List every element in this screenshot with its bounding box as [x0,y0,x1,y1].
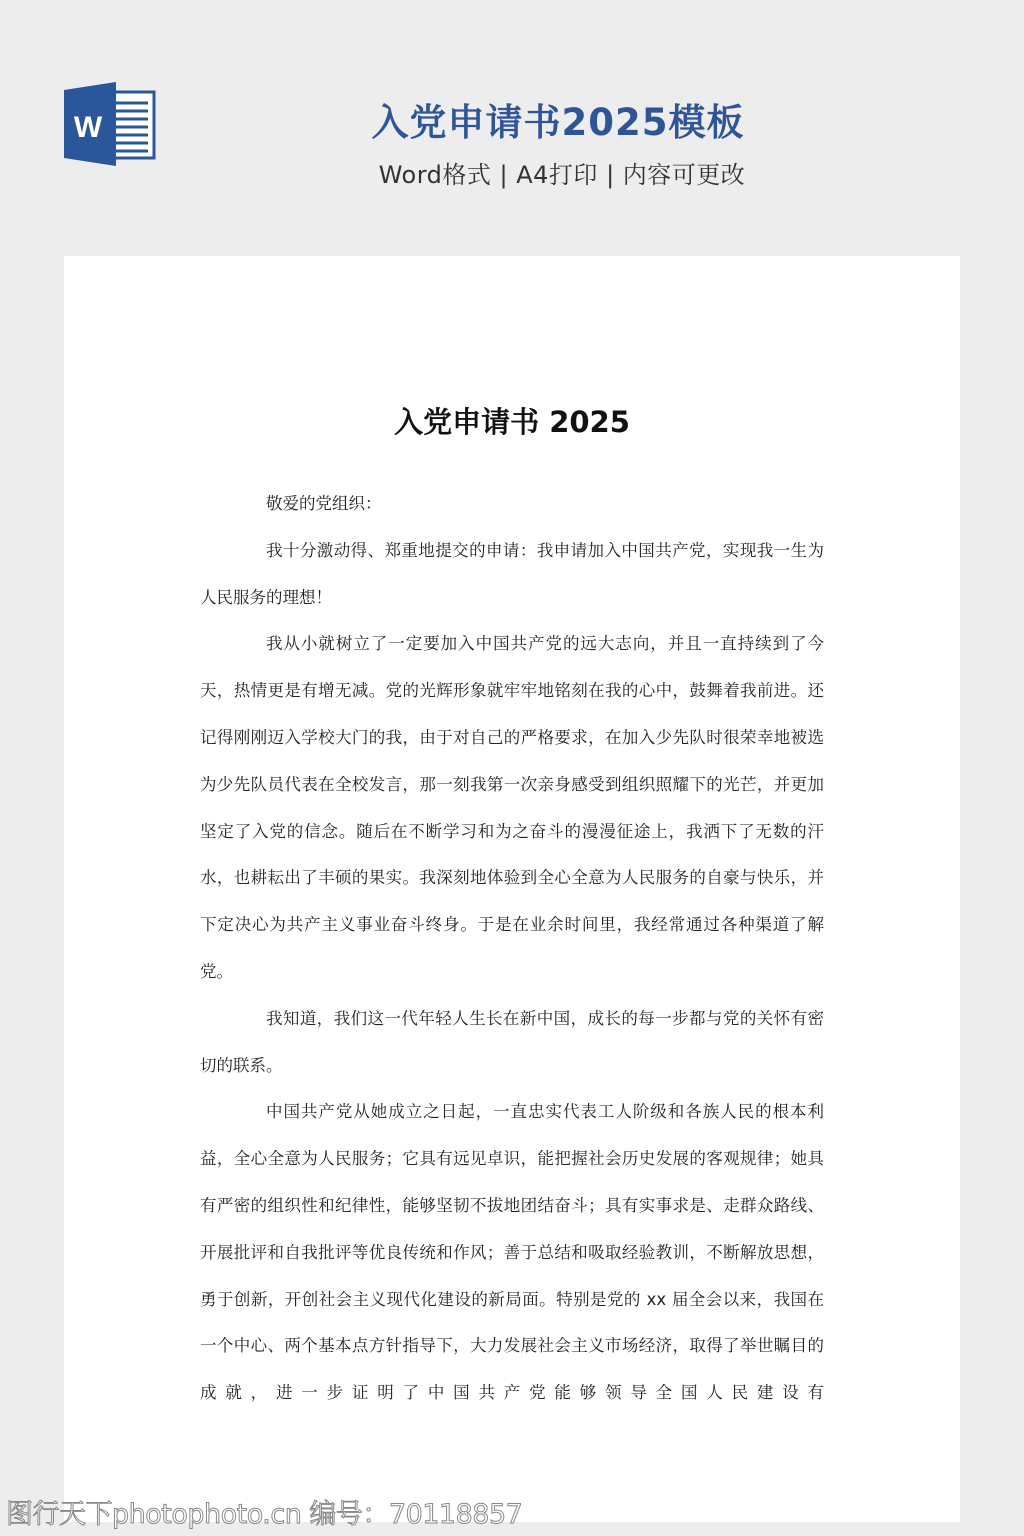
document-title: 入党申请书 2025 [64,400,960,441]
watermark-text: 图行天下photophoto.cn 编号：70118857 [6,1492,522,1531]
document-page: 入党申请书 2025 敬爱的党组织： 我十分激动得、郑重地提交的申请：我申请加入… [64,256,960,1522]
document-body: 敬爱的党组织： 我十分激动得、郑重地提交的申请：我申请加入中国共产党，实现我一生… [200,481,824,1417]
paragraph: 我十分激动得、郑重地提交的申请：我申请加入中国共产党，实现我一生为人民服务的理想… [200,528,824,622]
page-header-title: 入党申请书2025模板 [0,92,1024,146]
paragraph: 我从小就树立了一定要加入中国共产党的远大志向，并且一直持续到了今天，热情更是有增… [200,621,824,995]
salutation: 敬爱的党组织： [200,481,824,528]
paragraph: 我知道，我们这一代年轻人生长在新中国，成长的每一步都与党的关怀有密切的联系。 [200,996,824,1090]
page-header-subtitle: Word格式 | A4打印 | 内容可更改 [0,155,1024,190]
paragraph: 中国共产党从她成立之日起，一直忠实代表工人阶级和各族人民的根本利益，全心全意为人… [200,1089,824,1417]
